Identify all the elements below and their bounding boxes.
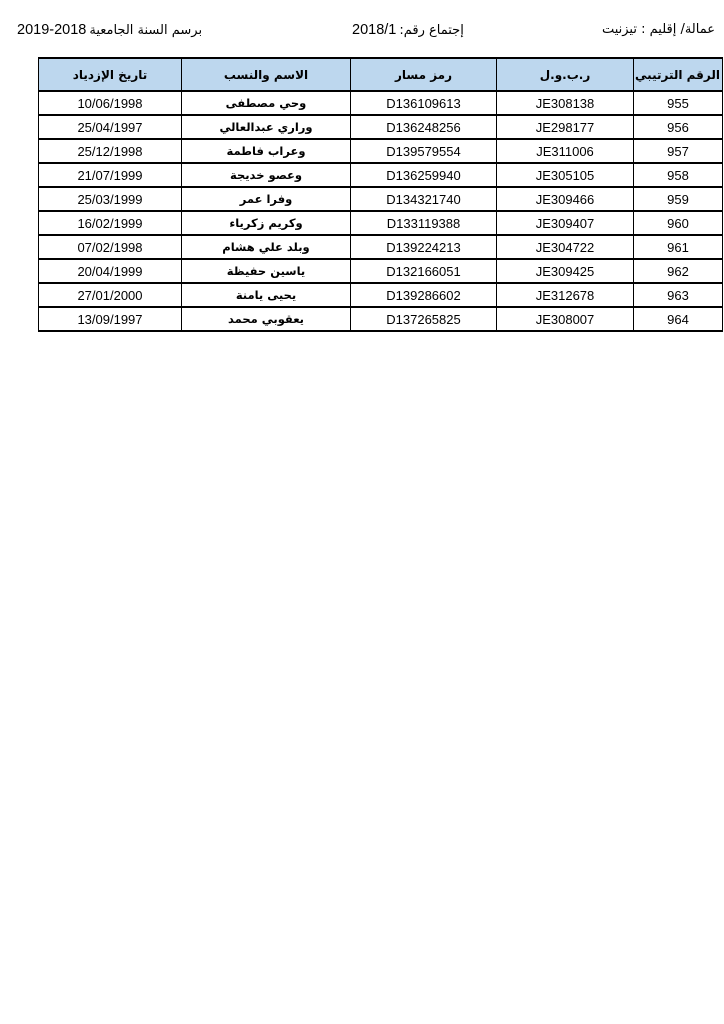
cell-serial: 960 xyxy=(634,211,723,235)
students-table: الرقم الترتيبي ر.ب.و.ل رمز مسار الاسم وا… xyxy=(38,57,723,332)
cell-serial: 959 xyxy=(634,187,723,211)
cell-massar: D136248256 xyxy=(351,115,497,139)
table-row: 964JE308007D137265825يعقوبي محمد13/09/19… xyxy=(39,307,723,331)
table-row: 956JE298177D136248256وراري عبدالعالي25/0… xyxy=(39,115,723,139)
table-row: 959JE309466D134321740وفرا عمر25/03/1999 xyxy=(39,187,723,211)
column-header-cnie: ر.ب.و.ل xyxy=(497,58,634,91)
cell-cnie: JE312678 xyxy=(497,283,634,307)
cell-massar: D133119388 xyxy=(351,211,497,235)
table-row: 957JE311006D139579554وعراب فاطمة25/12/19… xyxy=(39,139,723,163)
cell-massar: D136259940 xyxy=(351,163,497,187)
academic-year: برسم السنة الجامعية2019-2018 xyxy=(14,22,202,38)
cell-serial: 955 xyxy=(634,91,723,115)
table-row: 961JE304722D139224213وبلد علي هشام07/02/… xyxy=(39,235,723,259)
cell-name: وراري عبدالعالي xyxy=(182,115,351,139)
cell-massar: D139579554 xyxy=(351,139,497,163)
cell-birthdate: 25/04/1997 xyxy=(39,115,182,139)
cell-name: وحي مصطفى xyxy=(182,91,351,115)
cell-serial: 956 xyxy=(634,115,723,139)
table-row: 958JE305105D136259940وعصو خديجة21/07/199… xyxy=(39,163,723,187)
cell-birthdate: 25/12/1998 xyxy=(39,139,182,163)
cell-cnie: JE298177 xyxy=(497,115,634,139)
cell-cnie: JE308138 xyxy=(497,91,634,115)
academic-year-value: 2019-2018 xyxy=(14,22,89,38)
meeting-number: إجتماع رقم:2018/1 xyxy=(349,22,464,38)
cell-cnie: JE304722 xyxy=(497,235,634,259)
cell-birthdate: 13/09/1997 xyxy=(39,307,182,331)
students-table-header: الرقم الترتيبي ر.ب.و.ل رمز مسار الاسم وا… xyxy=(39,58,723,91)
column-header-massar: رمز مسار xyxy=(351,58,497,91)
meeting-number-label: إجتماع رقم: xyxy=(399,23,463,38)
cell-cnie: JE308007 xyxy=(497,307,634,331)
students-table-body: 955JE308138D136109613وحي مصطفى10/06/1998… xyxy=(39,91,723,331)
cell-cnie: JE309407 xyxy=(497,211,634,235)
table-row: 963JE312678D139286602يحيى يامنة27/01/200… xyxy=(39,283,723,307)
document-page: برسم السنة الجامعية2019-2018 إجتماع رقم:… xyxy=(0,0,724,1024)
cell-massar: D139224213 xyxy=(351,235,497,259)
cell-serial: 958 xyxy=(634,163,723,187)
cell-name: يعقوبي محمد xyxy=(182,307,351,331)
academic-year-label: برسم السنة الجامعية xyxy=(89,23,202,38)
column-header-birthdate: تاريخ الإزدياد xyxy=(39,58,182,91)
cell-serial: 963 xyxy=(634,283,723,307)
cell-serial: 962 xyxy=(634,259,723,283)
cell-serial: 964 xyxy=(634,307,723,331)
cell-birthdate: 10/06/1998 xyxy=(39,91,182,115)
cell-birthdate: 20/04/1999 xyxy=(39,259,182,283)
cell-birthdate: 21/07/1999 xyxy=(39,163,182,187)
province-label: عمالة/ إقليم : تيزنيت xyxy=(602,22,715,37)
cell-massar: D137265825 xyxy=(351,307,497,331)
cell-serial: 957 xyxy=(634,139,723,163)
cell-name: وكريم زكرياء xyxy=(182,211,351,235)
cell-birthdate: 27/01/2000 xyxy=(39,283,182,307)
table-row: 955JE308138D136109613وحي مصطفى10/06/1998 xyxy=(39,91,723,115)
table-row: 960JE309407D133119388وكريم زكرياء16/02/1… xyxy=(39,211,723,235)
meeting-number-value: 2018/1 xyxy=(349,22,399,38)
cell-name: وفرا عمر xyxy=(182,187,351,211)
cell-serial: 961 xyxy=(634,235,723,259)
column-header-name: الاسم والنسب xyxy=(182,58,351,91)
cell-massar: D134321740 xyxy=(351,187,497,211)
cell-name: وعصو خديجة xyxy=(182,163,351,187)
cell-name: وعراب فاطمة xyxy=(182,139,351,163)
cell-cnie: JE309466 xyxy=(497,187,634,211)
cell-massar: D132166051 xyxy=(351,259,497,283)
cell-name: ياسين حفيظة xyxy=(182,259,351,283)
cell-name: يحيى يامنة xyxy=(182,283,351,307)
cell-birthdate: 07/02/1998 xyxy=(39,235,182,259)
column-header-serial: الرقم الترتيبي xyxy=(634,58,723,91)
cell-birthdate: 25/03/1999 xyxy=(39,187,182,211)
cell-cnie: JE311006 xyxy=(497,139,634,163)
cell-massar: D139286602 xyxy=(351,283,497,307)
table-row: 962JE309425D132166051ياسين حفيظة20/04/19… xyxy=(39,259,723,283)
cell-name: وبلد علي هشام xyxy=(182,235,351,259)
cell-cnie: JE309425 xyxy=(497,259,634,283)
cell-birthdate: 16/02/1999 xyxy=(39,211,182,235)
cell-massar: D136109613 xyxy=(351,91,497,115)
cell-cnie: JE305105 xyxy=(497,163,634,187)
document-header: برسم السنة الجامعية2019-2018 إجتماع رقم:… xyxy=(0,22,724,44)
header-row: الرقم الترتيبي ر.ب.و.ل رمز مسار الاسم وا… xyxy=(39,58,723,91)
